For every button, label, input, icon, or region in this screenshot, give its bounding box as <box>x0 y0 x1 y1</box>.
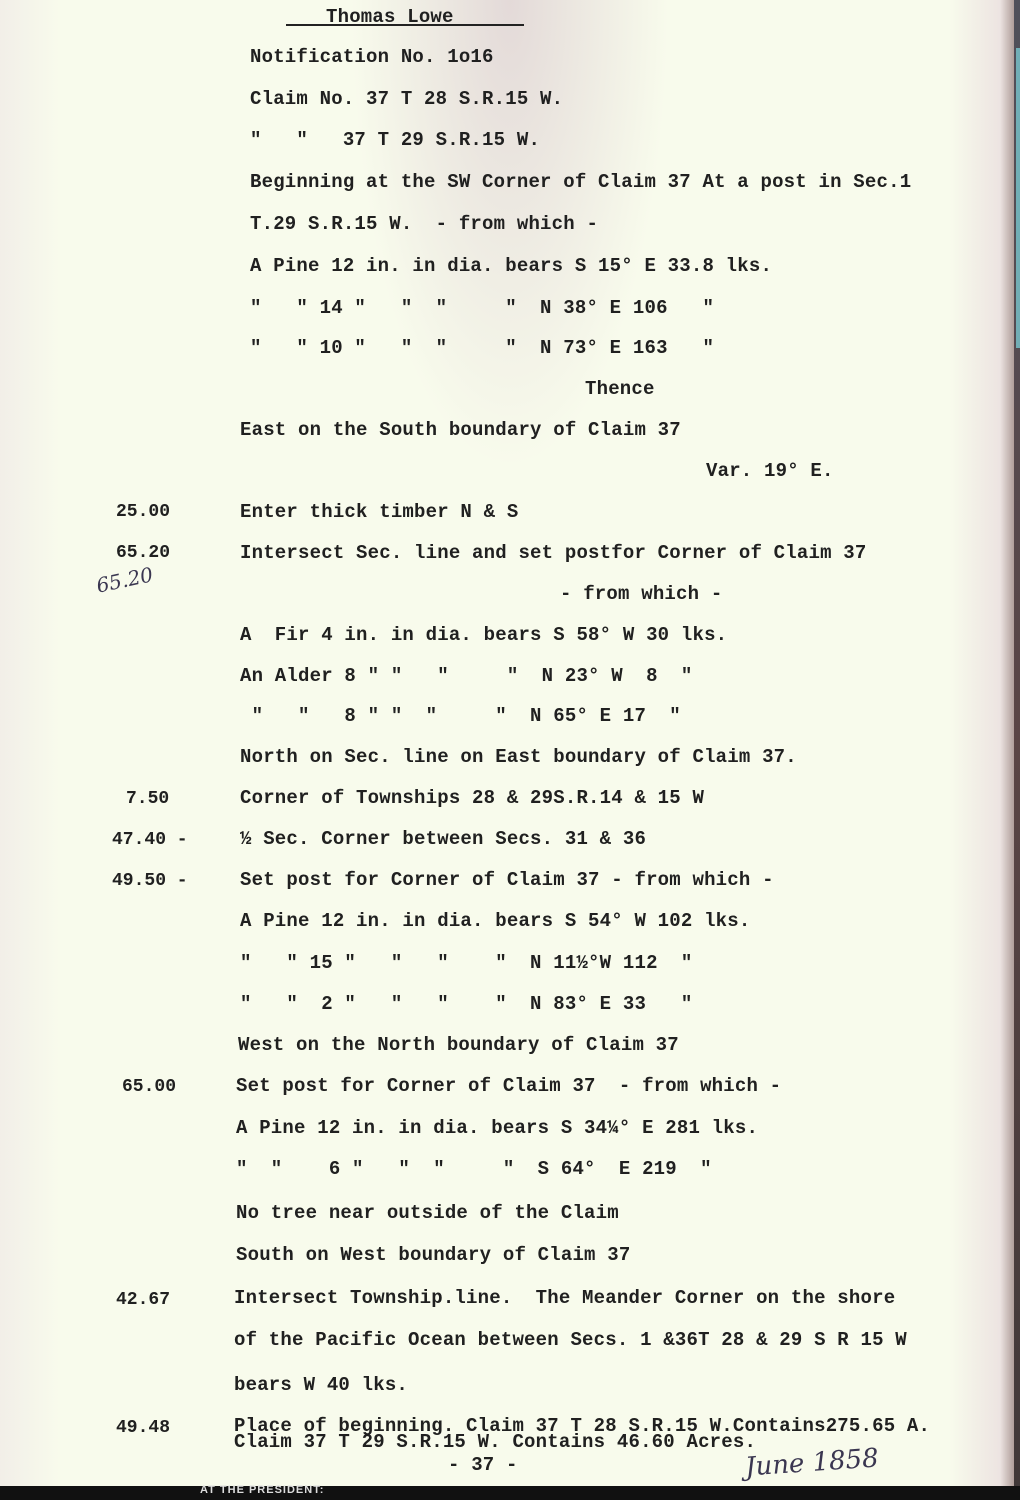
bearing-line: " " 15 " " " " N 11½°W 112 " <box>240 952 692 974</box>
course-line: East on the South boundary of Claim 37 <box>240 419 681 441</box>
handwritten-margin-note: 65.20 <box>94 562 155 597</box>
distance-value: 49.48 <box>116 1418 170 1438</box>
entry-text: Set post for Corner of Claim 37 - from w… <box>240 869 774 891</box>
bearing-line: " " 8 " " " " N 65° E 17 " <box>240 705 681 727</box>
distance-value: 7.50 <box>126 789 169 809</box>
bearing-line: A Pine 12 in. in dia. bears S 34¼° E 281… <box>236 1117 758 1139</box>
bearing-line: A Pine 12 in. in dia. bears S 15° E 33.8… <box>250 255 772 277</box>
course-line: North on Sec. line on East boundary of C… <box>240 746 797 768</box>
page-number: - 37 - <box>448 1454 518 1476</box>
bearing-line: " " 2 " " " " N 83° E 33 " <box>240 993 692 1015</box>
closing-line: Claim 37 T 29 S.R.15 W. Contains 46.60 A… <box>234 1431 756 1453</box>
title-underline <box>286 24 524 26</box>
bearing-line: " " 14 " " " " N 38° E 106 " <box>250 297 714 319</box>
bearing-line: A Pine 12 in. in dia. bears S 54° W 102 … <box>240 910 750 932</box>
thence-heading: Thence <box>585 378 655 400</box>
distance-value: 49.50 - <box>112 871 188 891</box>
distance-value: 65.00 <box>122 1077 176 1097</box>
distance-value: 65.20 <box>116 543 170 563</box>
entry-text: of the Pacific Ocean between Secs. 1 &36… <box>234 1329 907 1351</box>
entry-text: Intersect Township.line. The Meander Cor… <box>234 1287 895 1309</box>
claim-line: " " 37 T 29 S.R.15 W. <box>250 129 540 151</box>
bottom-strip-text: AT THE PRESIDENT: <box>200 1484 324 1496</box>
document-page: Thomas Lowe Notification No. 1o16 Claim … <box>0 0 1020 1500</box>
bearing-line: A Fir 4 in. in dia. bears S 58° W 30 lks… <box>240 624 727 646</box>
course-line: West on the North boundary of Claim 37 <box>238 1034 679 1056</box>
bearing-line: An Alder 8 " " " " N 23° W 8 " <box>240 665 692 687</box>
distance-value: 25.00 <box>116 502 170 522</box>
bearing-line: " " 10 " " " " N 73° E 163 " <box>250 337 714 359</box>
distance-value: 47.40 - <box>112 830 188 850</box>
intro-line: T.29 S.R.15 W. - from which - <box>250 213 598 235</box>
entry-text: Enter thick timber N & S <box>240 501 518 523</box>
entry-text: bears W 40 lks. <box>234 1374 408 1396</box>
page-edge-tint <box>1016 48 1020 348</box>
notification-number: Notification No. 1o16 <box>250 46 494 68</box>
course-line: South on West boundary of Claim 37 <box>236 1244 630 1266</box>
entry-text: ½ Sec. Corner between Secs. 31 & 36 <box>240 828 646 850</box>
entry-text: Corner of Townships 28 & 29S.R.14 & 15 W <box>240 787 704 809</box>
variation-note: Var. 19° E. <box>706 460 834 482</box>
handwritten-date: June 1858 <box>744 1443 880 1482</box>
entry-text: Set post for Corner of Claim 37 - from w… <box>236 1075 781 1097</box>
bearing-line: " " 6 " " " " S 64° E 219 " <box>236 1158 712 1180</box>
intro-line: Beginning at the SW Corner of Claim 37 A… <box>250 171 911 193</box>
entry-text: Intersect Sec. line and set postfor Corn… <box>240 542 867 564</box>
note-line: No tree near outside of the Claim <box>236 1202 619 1224</box>
distance-value: 42.67 <box>116 1290 170 1310</box>
from-which: - from which - <box>560 583 722 605</box>
bottom-strip: AT THE PRESIDENT: <box>0 1486 1020 1500</box>
claim-line: Claim No. 37 T 28 S.R.15 W. <box>250 88 563 110</box>
